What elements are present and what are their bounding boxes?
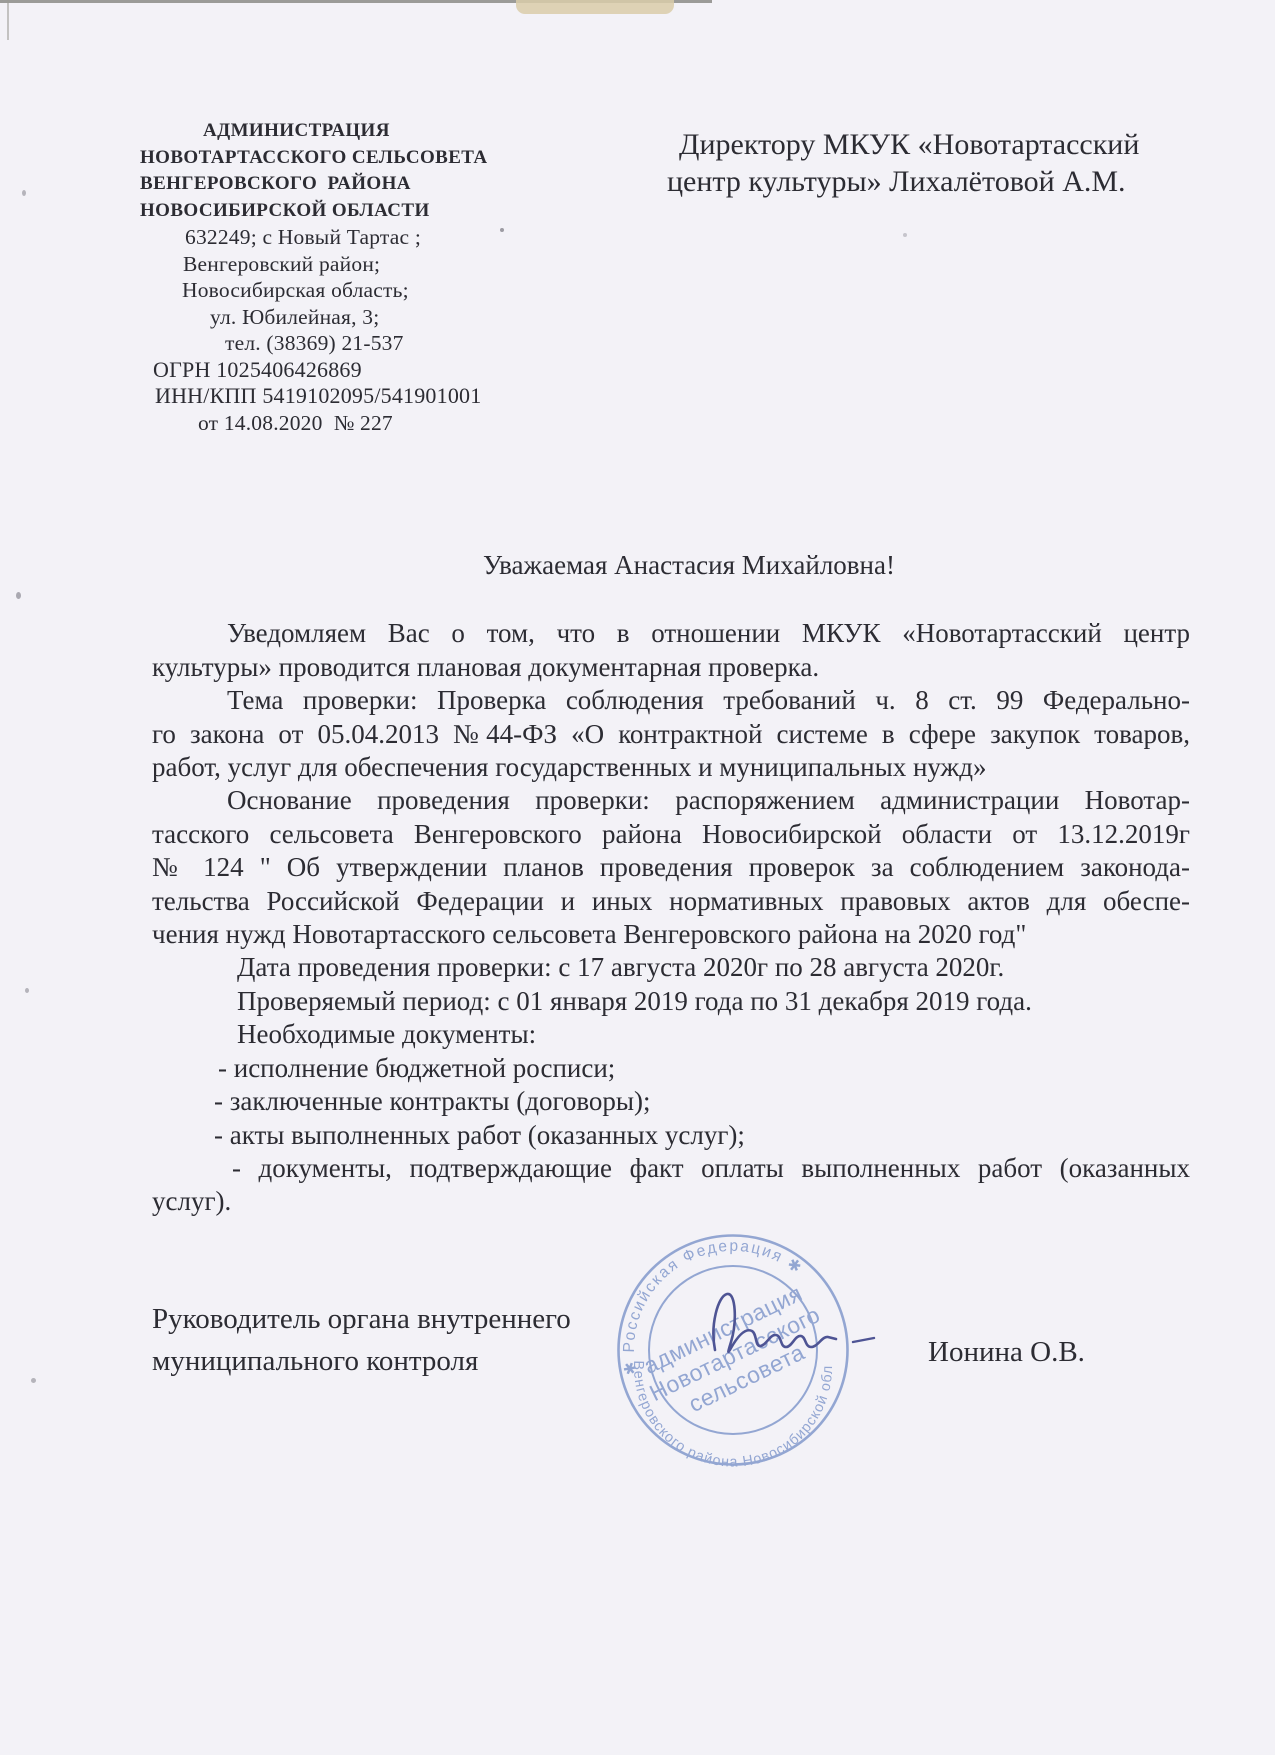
recipient-block: Директору МКУК «Новотартасский центр кул… [667,126,1139,200]
letterhead-line: ВЕНГЕРОВСКОГО РАЙОНА [140,171,520,198]
body-list-item: - заключенные контракты (договоры); [152,1085,1190,1118]
letterhead-address-line: Новосибирская область; [182,277,520,304]
letterhead-address-line: 632249; с Новый Тартас ; [185,224,520,251]
body-list-item: - исполнение бюджетной росписи; [152,1052,1190,1085]
body-line: тасского сельсовета Венгеровского района… [152,818,1190,851]
body-line: тельства Российской Федерации и иных нор… [152,885,1190,918]
letterhead-address-line: ул. Юбилейная, 3; [210,304,520,331]
scan-speck [31,1378,36,1383]
body-line: работ, услуг для обеспечения государстве… [152,751,1190,784]
body-line: Уведомляем Вас о том, что в отношении МК… [152,617,1190,650]
scan-smudge [516,0,674,14]
body-line: Дата проведения проверки: с 17 августа 2… [152,951,1190,984]
body-list-item: - документы, подтверждающие факт оплаты … [152,1152,1190,1185]
closing-title: Руководитель органа внутреннего муниципа… [152,1298,672,1382]
salutation: Уважаемая Анастасия Михайловна! [152,549,1190,582]
handwritten-signature [680,1280,900,1380]
letterhead-phone-line: тел. (38369) 21-537 [225,330,520,357]
body-line: Основание проведения проверки: распоряже… [152,784,1190,817]
recipient-line: Директору МКУК «Новотартасский [667,126,1139,163]
letterhead: АДМИНИСТРАЦИЯ НОВОТАРТАССКОГО СЕЛЬСОВЕТА… [140,118,520,436]
letterhead-line: АДМИНИСТРАЦИЯ [203,118,520,145]
letterhead-address-line: Венгеровский район; [183,251,520,278]
body-line: услуг). [152,1185,1190,1218]
body-line: Проверяемый период: с 01 января 2019 год… [152,985,1190,1018]
letterhead-ogrn-line: ОГРН 1025406426869 [153,357,520,384]
closing-title-line: муниципального контроля [152,1340,672,1382]
body-line: Необходимые документы: [152,1018,1190,1051]
scan-speck [16,592,21,599]
signer-name: Ионина О.В. [928,1336,1085,1369]
scan-speck [22,190,26,196]
recipient-line: центр культуры» Лихалётовой А.М. [667,163,1139,200]
scan-speck [25,988,29,993]
scan-speck [903,233,907,237]
body-line: культуры» проводится плановая документар… [152,651,1190,684]
scan-edge-line [7,0,9,40]
body-line: Тема проверки: Проверка соблюдения требо… [152,684,1190,717]
letterhead-line: НОВОСИБИРСКОЙ ОБЛАСТИ [140,198,520,225]
closing-title-line: Руководитель органа внутреннего [152,1298,672,1340]
scanned-letter-page: АДМИНИСТРАЦИЯ НОВОТАРТАССКОГО СЕЛЬСОВЕТА… [0,0,1275,1755]
body-list-item: - акты выполненных работ (оказанных услу… [152,1119,1190,1152]
letter-body: Уважаемая Анастасия Михайловна! Уведомля… [152,549,1190,1219]
letter-date-number: от 14.08.2020 № 227 [198,410,520,437]
letterhead-inn-line: ИНН/КПП 5419102095/541901001 [155,383,520,410]
body-line: го закона от 05.04.2013 №44-ФЗ «О контра… [152,718,1190,751]
body-line: чения нужд Новотартасского сельсовета Ве… [152,918,1190,951]
letterhead-line: НОВОТАРТАССКОГО СЕЛЬСОВЕТА [140,145,520,172]
body-line: № 124 " Об утверждении планов проведения… [152,851,1190,884]
